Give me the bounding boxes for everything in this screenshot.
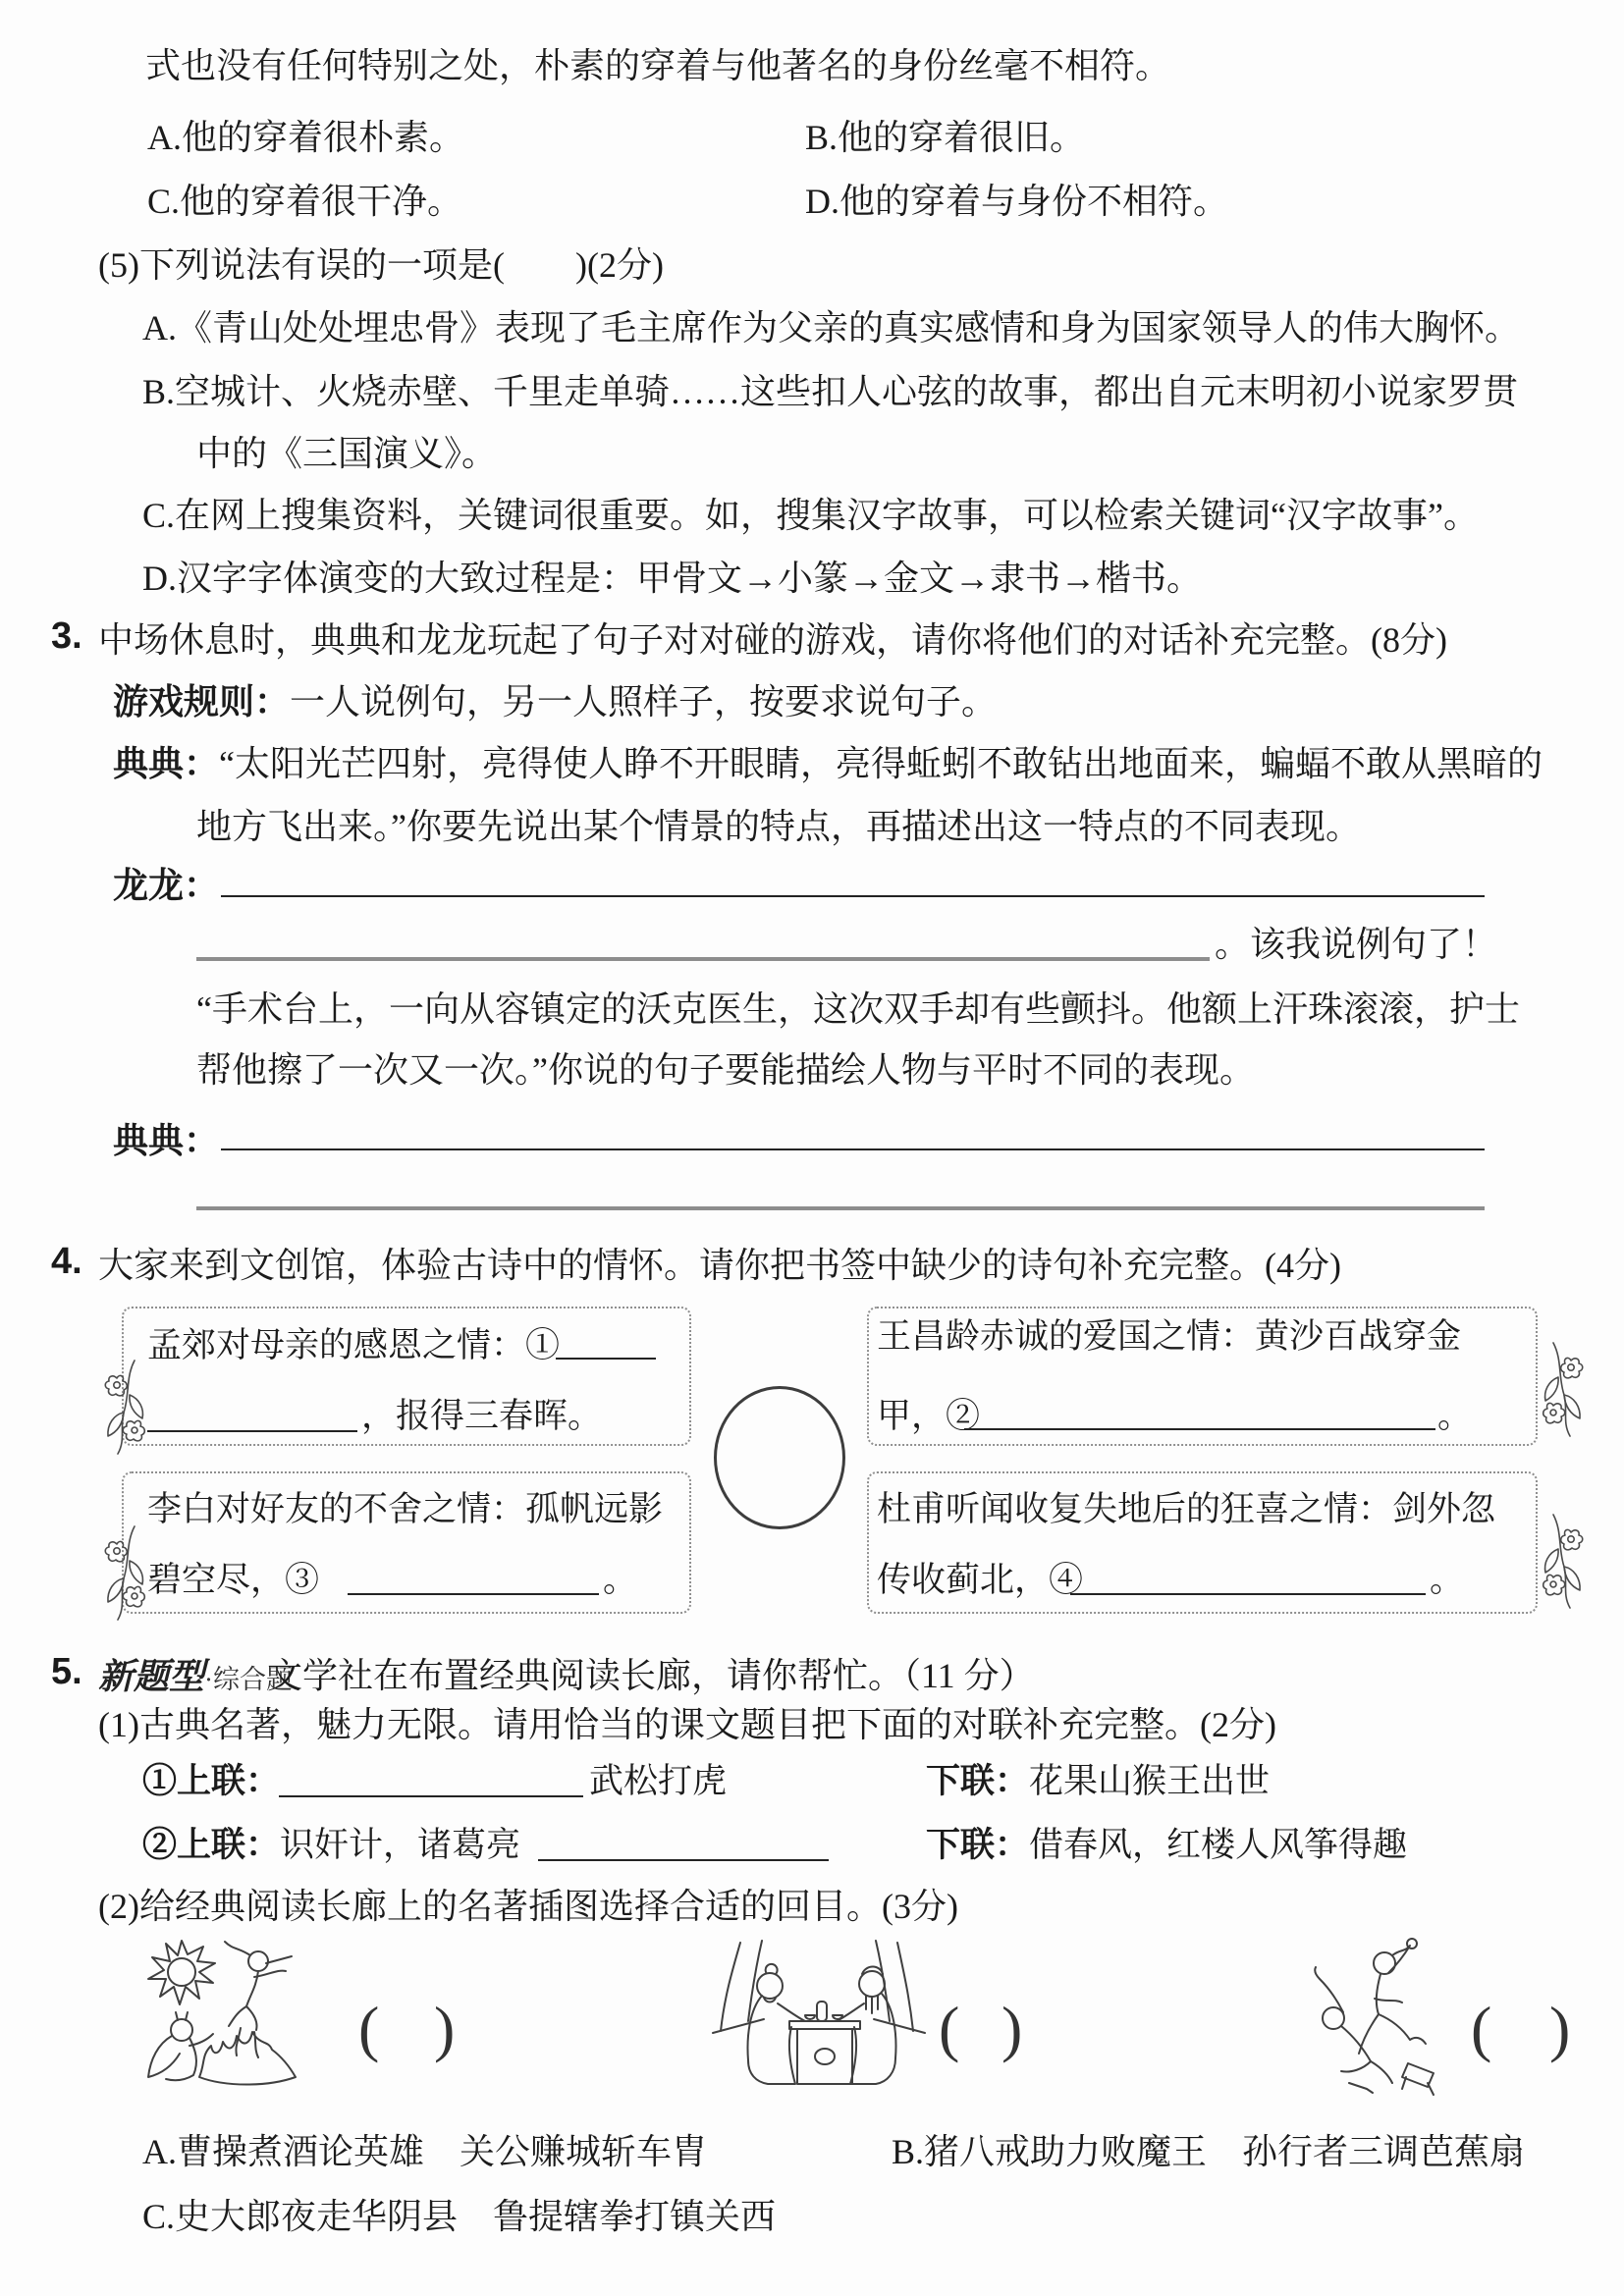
choice-c: C.他的穿着很干净。 [147, 180, 462, 224]
answer-blank-diandian-1 [221, 1148, 1485, 1150]
center-circle-decoration [714, 1386, 845, 1529]
diandian-label: 典典： [113, 744, 219, 783]
answer-blank-longlong-1 [221, 895, 1485, 897]
diandian2-label: 典典： [113, 1119, 219, 1163]
floral-branch-icon [1528, 1512, 1589, 1610]
question-4-number: 4. [51, 1241, 82, 1283]
answer-paren-open-3: ( [1471, 1993, 1491, 2065]
answer-blank-2 [964, 1428, 1435, 1430]
wine-table-heroes-scene-icon [705, 1937, 935, 2108]
sub-question-2: (2)给经典阅读长廊上的名著插图选择合适的回目。(3分) [98, 1885, 958, 1929]
card-wang-period: 。 [1437, 1395, 1472, 1438]
longlong-label-text: 龙龙： [113, 866, 219, 905]
card-libai-period: 。 [603, 1559, 637, 1602]
question-5-stem: 文学社在布置经典阅读长廊，请你帮忙。（11 分） [267, 1654, 1035, 1698]
couplet2-xialian-label: 下联： [926, 1826, 1029, 1864]
new-question-type-badge: 新题型·综合题 [98, 1655, 293, 1699]
answer-blank-diandian-2 [196, 1206, 1485, 1210]
diandian-quote-line1: “太阳光芒四射，亮得使人睁不开眼睛，亮得蚯蚓不敢钻出地面来，蝙蝠不敢从黑暗的 [219, 744, 1543, 783]
badge-new-text: 新题型 [98, 1657, 204, 1696]
diandian-speech-line2: 地方飞出来。”你要先说出某个情景的特点，再描述出这一特点的不同表现。 [196, 805, 1361, 849]
card-libai-line1: 李白对好友的不舍之情：孤帆远影 [147, 1488, 663, 1531]
couplet2-xialian: 下联：借春风，红楼人风筝得趣 [926, 1824, 1407, 1867]
couplet1-xialian-text: 花果山猴王出世 [1029, 1762, 1270, 1800]
couplet2-shanglian-label: ②上联： [142, 1826, 280, 1864]
sub5-choice-b-line2: 中的《三国演义》。 [196, 432, 497, 476]
couplet1-xialian: 下联：花果山猴王出世 [926, 1760, 1270, 1803]
card-mengjiao-line2: ，报得三春晖。 [361, 1395, 602, 1438]
game-rule-text: 一人说例句，另一人照样子，按要求说句子。 [290, 682, 997, 721]
couplet2-xialian-text: 借春风，红楼人风筝得趣 [1029, 1826, 1407, 1864]
sub5-choice-d: D.汉字字体演变的大致过程是：甲骨文→小篆→金文→隶书→楷书。 [142, 557, 1202, 601]
card-dufu-period: 。 [1430, 1559, 1464, 1602]
floral-branch-icon [99, 1358, 160, 1456]
caption-option-c: C.史大郎夜走华阴县 鲁提辖拳打镇关西 [142, 2195, 776, 2239]
couplet1-xialian-label: 下联： [926, 1762, 1029, 1800]
answer-blank-1b [147, 1430, 357, 1432]
couplet1-shanglian-label: ①上联： [142, 1762, 280, 1800]
question-3-number: 3. [51, 615, 82, 658]
sub5-choice-b-line1: B.空城计、火烧赤壁、千里走单骑……这些扣人心弦的故事，都出自元末明初小说家罗贯 [142, 370, 1518, 414]
answer-blank-longlong-2 [196, 957, 1210, 961]
card-wang-line2: 甲，② [877, 1395, 980, 1438]
caption-option-a: A.曹操煮酒论英雄 关公赚城斩车胄 [142, 2130, 707, 2174]
card-mengjiao-line1: 孟郊对母亲的感恩之情：① [147, 1324, 560, 1367]
couplet2-shanglian-text: 识奸计，诸葛亮 [280, 1826, 520, 1864]
fire-wheel-warrior-scene-icon [131, 1930, 344, 2107]
answer-blank-couplet1 [279, 1795, 583, 1797]
longlong-quote-line1: “手术台上，一向从容镇定的沃克医生，这次双手却有些颤抖。他额上汗珠滚滚，护士 [196, 988, 1520, 1032]
answer-blank-3 [348, 1593, 599, 1595]
answer-blank-1a [556, 1358, 656, 1360]
answer-paren-open-1: ( [358, 1993, 379, 2065]
answer-paren-close-2: ) [1001, 1993, 1022, 2065]
exam-paper-page: 式也没有任何特别之处，朴素的穿着与他著名的身份丝毫不相符。 A.他的穿着很朴素。… [0, 0, 1624, 2296]
fist-fight-scene-icon [1294, 1934, 1461, 2103]
floral-branch-icon [1528, 1340, 1589, 1438]
diandian-speech-line1: 典典：“太阳光芒四射，亮得使人睁不开眼睛，亮得蚯蚓不敢钻出地面来，蝙蝠不敢从黑暗… [113, 742, 1543, 786]
couplet1-after-blank: 武松打虎 [589, 1760, 727, 1803]
choice-b: B.他的穿着很旧。 [805, 116, 1085, 160]
card-wang-line1: 王昌龄赤诚的爱国之情：黄沙百战穿金 [877, 1315, 1461, 1359]
game-rule-label: 游戏规则： [113, 682, 290, 721]
question-3-stem: 中场休息时，典典和龙龙玩起了句子对对碰的游戏，请你将他们的对话补充完整。(8分) [98, 618, 1447, 663]
answer-paren-close-3: ) [1549, 1993, 1570, 2065]
sub-question-1: (1)古典名著，魅力无限。请用恰当的课文题目把下面的对联补充完整。(2分) [98, 1703, 1276, 1747]
caption-option-b: B.猪八戒助力败魔王 孙行者三调芭蕉扇 [892, 2130, 1525, 2174]
choice-d: D.他的穿着与身份不相符。 [805, 180, 1228, 224]
card-libai-line2: 碧空尽，③ [147, 1559, 319, 1602]
answer-tail-text: 。该我说例句了！ [1215, 923, 1497, 967]
card-dufu-line1: 杜甫听闻收复失地后的狂喜之情：剑外忽 [877, 1488, 1495, 1531]
longlong-quote-line2: 帮他擦了一次又一次。”你说的句子要能描绘人物与平时不同的表现。 [196, 1048, 1255, 1093]
answer-paren-close-1: ) [434, 1993, 455, 2065]
choice-a: A.他的穿着很朴素。 [147, 116, 464, 160]
couplet2-line: ②上联：识奸计，诸葛亮 [142, 1824, 520, 1867]
diandian2-label-text: 典典： [113, 1121, 219, 1160]
question-5-number: 5. [51, 1651, 82, 1693]
sub5-choice-c: C.在网上搜集资料，关键词很重要。如，搜集汉字故事，可以检索关键词“汉字故事”。 [142, 494, 1479, 538]
game-rule-line: 游戏规则：一人说例句，另一人照样子，按要求说句子。 [113, 680, 997, 724]
card-dufu-line2: 传收蓟北，④ [877, 1559, 1083, 1602]
floral-branch-icon [99, 1523, 160, 1622]
answer-blank-4 [1070, 1593, 1426, 1595]
answer-paren-open-2: ( [939, 1993, 959, 2065]
couplet1-label: ①上联： [142, 1760, 280, 1803]
longlong-label: 龙龙： [113, 864, 219, 908]
question-4-stem: 大家来到文创馆，体验古诗中的情怀。请你把书签中缺少的诗句补充完整。(4分) [98, 1244, 1341, 1288]
sub-question-5-stem: (5)下列说法有误的一项是( )(2分) [98, 243, 664, 288]
passage-continuation-line: 式也没有任何特别之处，朴素的穿着与他著名的身份丝毫不相符。 [145, 44, 1170, 88]
answer-blank-couplet2 [538, 1859, 829, 1861]
sub5-choice-a: A.《青山处处埋忠骨》表现了毛主席作为父亲的真实感情和身为国家领导人的伟大胸怀。 [142, 306, 1520, 350]
